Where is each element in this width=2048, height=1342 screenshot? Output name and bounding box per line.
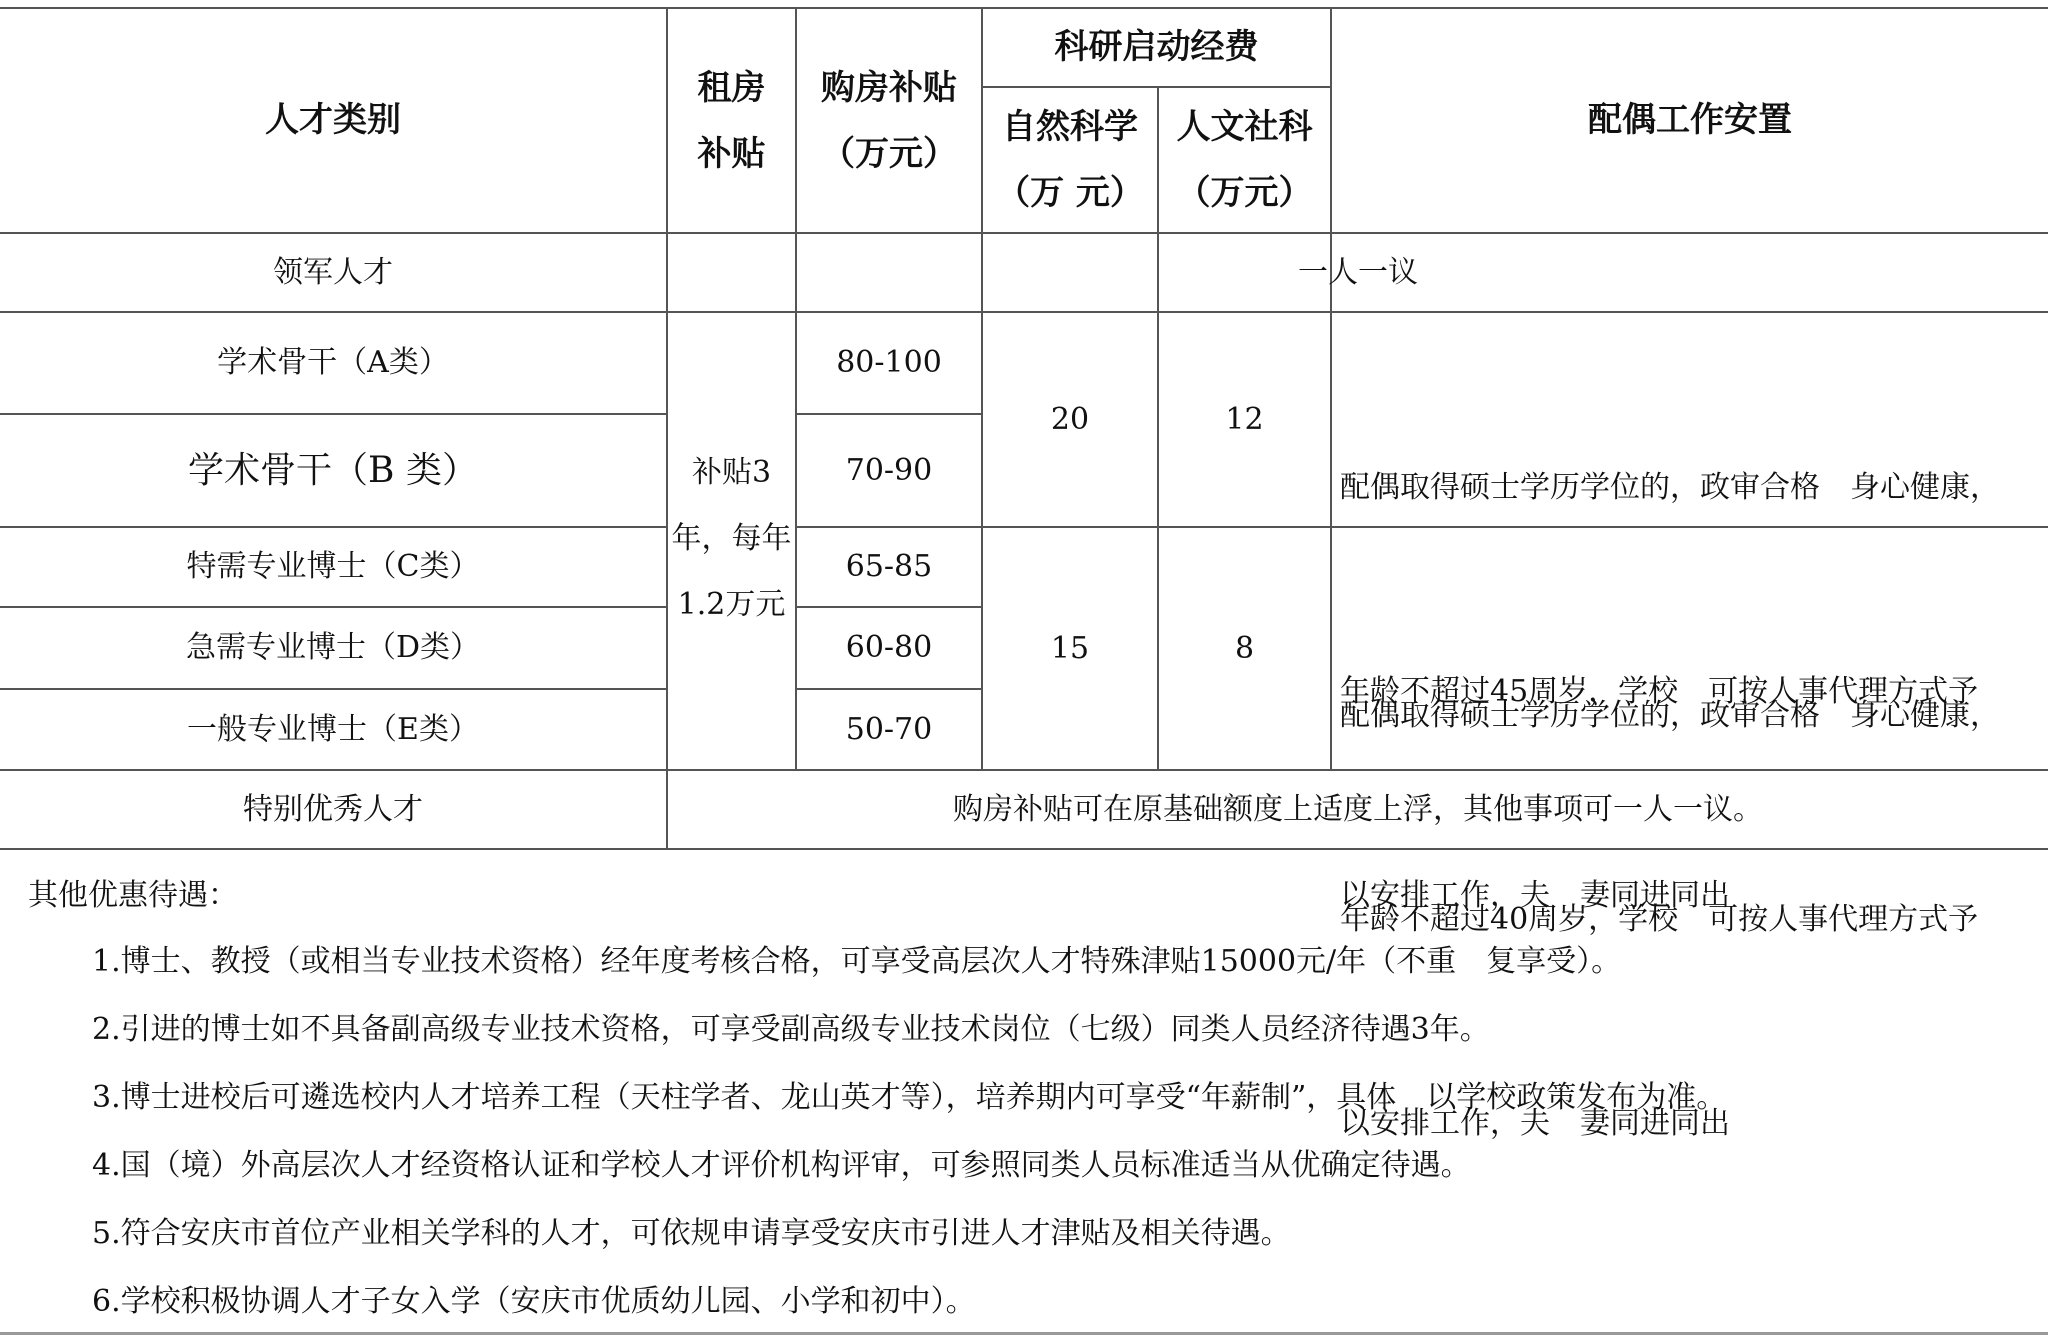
row-category-a: 学术骨干（A类） (0, 313, 666, 413)
natural-cde: 15 (983, 528, 1157, 769)
row-category-b: 学术骨干（B 类） (0, 415, 666, 526)
rent-line2: 年，每年 (672, 506, 792, 572)
benefit-item: 5.符合安庆市首位产业相关学科的人才，可依规申请享受安庆市引进人才津贴及相关待遇… (92, 1208, 1291, 1252)
header-purchase-line1: 购房补贴 (821, 55, 957, 121)
row-category-c: 特需专业博士（C类） (0, 528, 666, 606)
purchase-d: 60-80 (797, 608, 981, 688)
header-natural-line2: （万 元） (996, 160, 1144, 226)
special-value: 购房补贴可在原基础额度上适度上浮，其他事项可一人一议。 (668, 771, 2048, 848)
header-spouse: 配偶工作安置 (1332, 9, 2048, 232)
humanities-ab: 12 (1159, 313, 1330, 526)
purchase-e: 50-70 (797, 690, 981, 769)
header-natural: 自然科学 （万 元） (983, 88, 1157, 232)
benefit-item: 2.引进的博士如不具备副高级专业技术资格，可享受副高级专业技术岗位（七级）同类人… (92, 1004, 1490, 1048)
header-research-group: 科研启动经费 (983, 9, 1330, 86)
spouse-ab-line: 配偶取得硕士学历学位的，政审合格 身心健康， (1340, 454, 2048, 522)
rent-line1: 补贴3 (692, 440, 771, 506)
header-category: 人才类别 (0, 9, 666, 232)
other-benefits-title: 其他优惠待遇： (28, 870, 238, 914)
header-rent: 租房 补贴 (668, 9, 795, 232)
benefit-item: 6.学校积极协调人才子女入学（安庆市优质幼儿园、小学和初中）。 (92, 1276, 976, 1320)
footer-line (0, 1332, 2048, 1335)
header-natural-line1: 自然科学 (1002, 94, 1138, 160)
benefit-item: 3.博士进校后可遴选校内人才培养工程（天柱学者、龙山英才等），培养期内可享受“年… (92, 1072, 1726, 1116)
header-humanities-line2: （万元） (1177, 160, 1313, 226)
header-purchase-line2: （万元） (821, 121, 957, 187)
header-humanities-line1: 人文社科 (1177, 94, 1313, 160)
leading-category: 领军人才 (0, 234, 666, 311)
rent-line3: 1.2万元 (678, 572, 786, 638)
row-category-d: 急需专业博士（D类） (0, 608, 666, 688)
spouse-cde-line: 配偶取得硕士学历学位的，政审合格 身心健康， (1340, 682, 2048, 750)
benefit-item: 1.博士、教授（或相当专业技术资格）经年度考核合格，可享受高层次人才特殊津贴15… (92, 936, 1621, 980)
header-rent-line1: 租房 (698, 55, 766, 121)
benefit-item: 4.国（境）外高层次人才经资格认证和学校人才评价机构评审，可参照同类人员标准适当… (92, 1140, 1471, 1184)
special-category: 特别优秀人才 (0, 771, 666, 848)
purchase-c: 65-85 (797, 528, 981, 606)
purchase-b: 70-90 (797, 415, 981, 526)
humanities-cde: 8 (1159, 528, 1330, 769)
row-category-e: 一般专业博士（E类） (0, 690, 666, 769)
natural-ab: 20 (983, 313, 1157, 526)
rent-subsidy-value: 补贴3 年，每年 1.2万元 (668, 440, 795, 640)
purchase-a: 80-100 (797, 313, 981, 413)
leading-value: 一人一议 (668, 234, 2048, 311)
header-humanities: 人文社科 （万元） (1159, 88, 1330, 232)
header-purchase: 购房补贴 （万元） (797, 9, 981, 232)
spouse-cde: 配偶取得硕士学历学位的，政审合格 身心健康， 年龄不超过40周岁，学校 可按人事… (1332, 546, 2048, 1226)
header-rent-line2: 补贴 (698, 121, 766, 187)
